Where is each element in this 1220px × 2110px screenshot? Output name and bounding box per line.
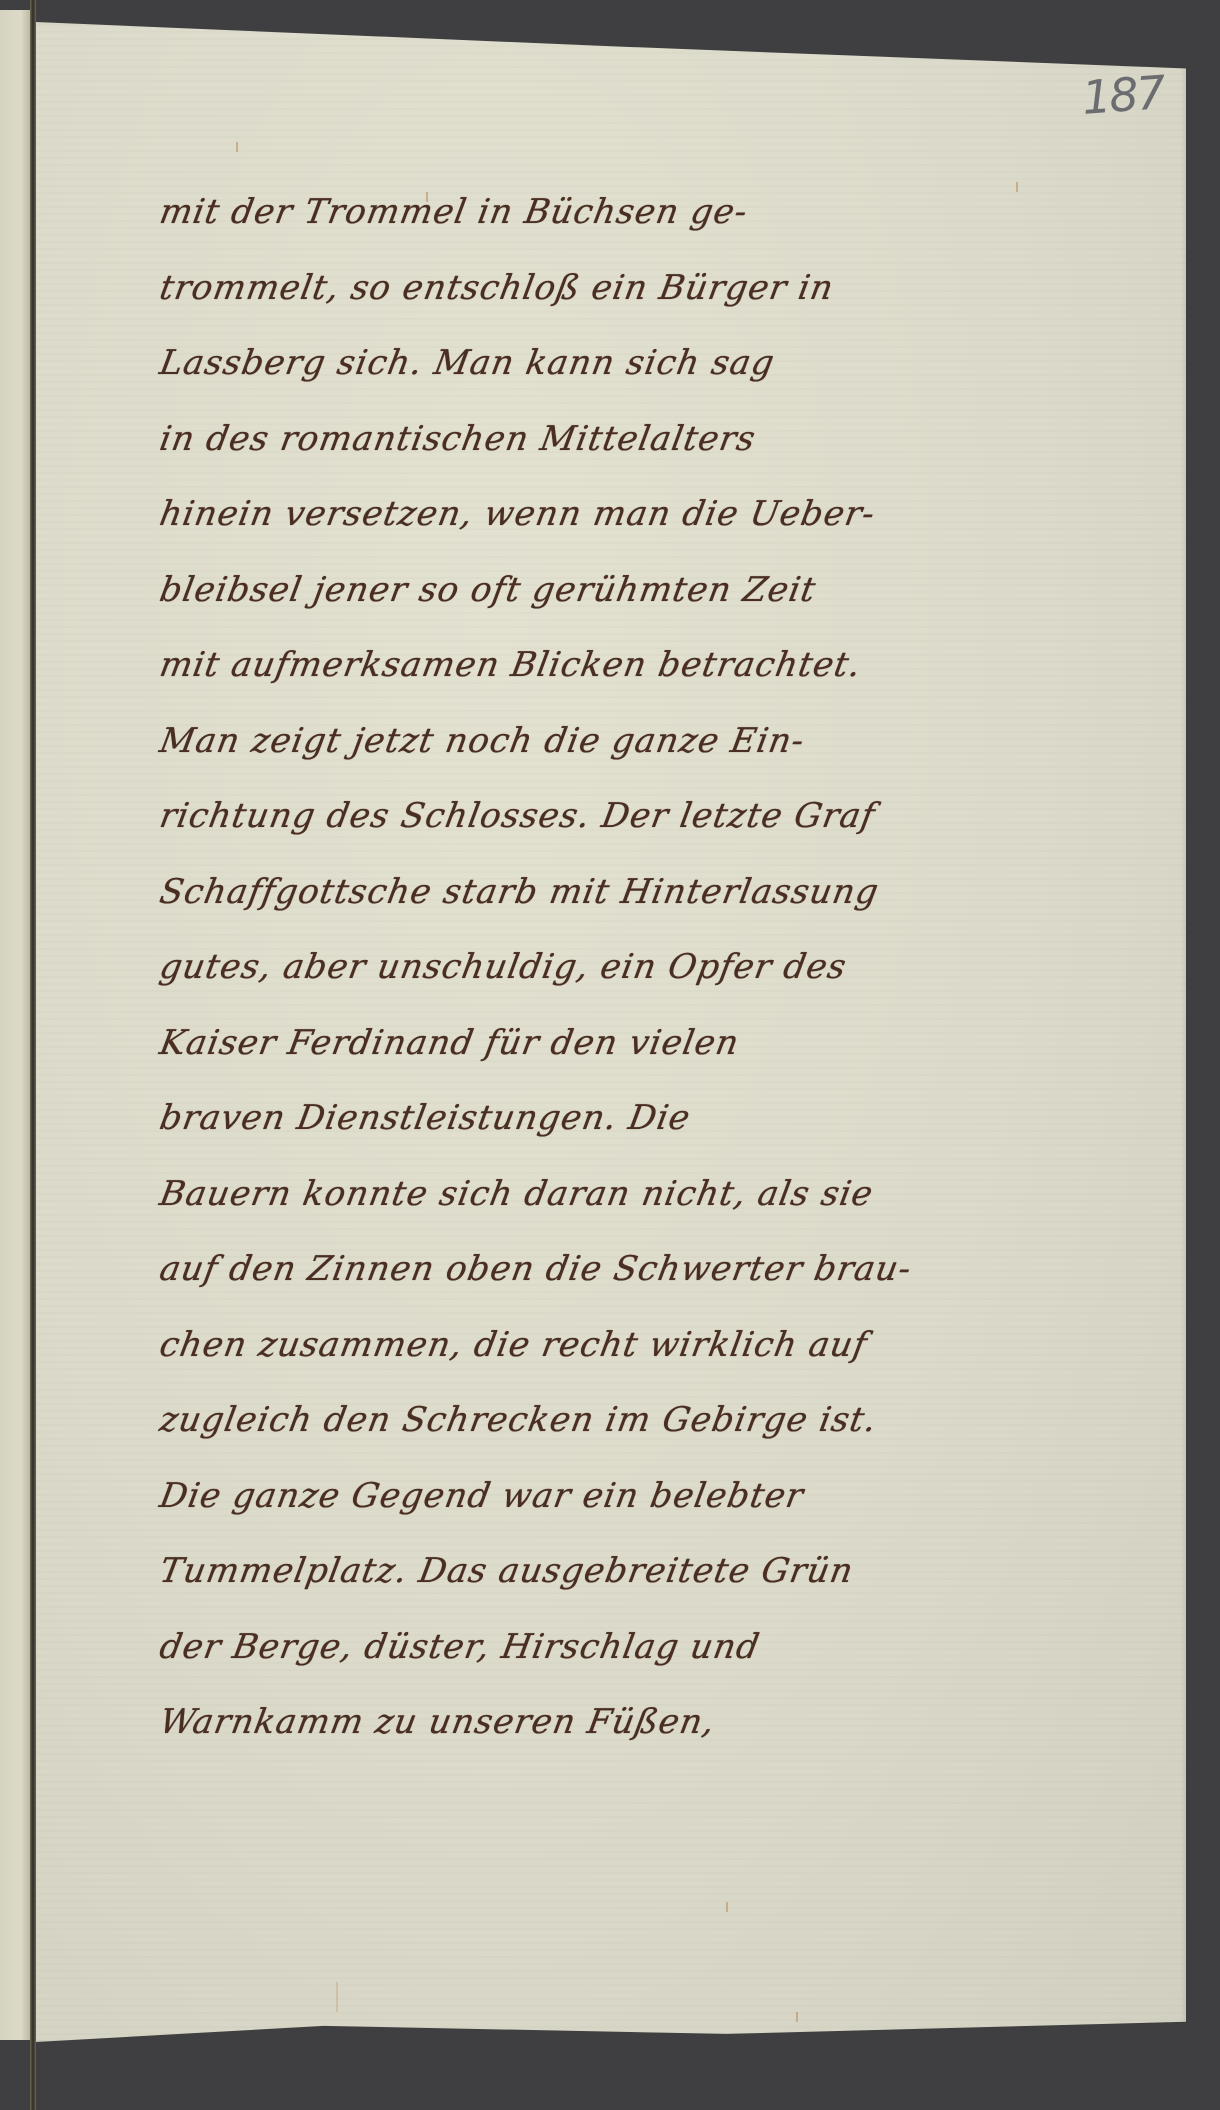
text-line: bleibsel jener so oft gerühmten Zeit <box>153 553 1106 629</box>
text-line: gutes, aber unschuldig, ein Opfer des <box>153 930 1106 1006</box>
text-line: der Berge, düster, Hirschlag und <box>153 1610 1106 1686</box>
text-line: Bauern konnte sich daran nicht, als sie <box>153 1157 1106 1233</box>
text-line: richtung des Schlosses. Der letzte Graf <box>153 779 1106 855</box>
text-line: Die ganze Gegend war ein belebter <box>153 1459 1106 1535</box>
text-line: trommelt, so entschloß ein Bürger in <box>153 251 1106 327</box>
text-line: Kaiser Ferdinand für den vielen <box>153 1006 1106 1082</box>
text-line: hinein versetzen, wenn man die Ueber- <box>153 477 1106 553</box>
text-line: Man zeigt jetzt noch die ganze Ein- <box>153 704 1106 780</box>
text-line: mit aufmerksamen Blicken betrachtet. <box>153 628 1106 704</box>
text-line: mit der Trommel in Büchsen ge- <box>153 175 1106 251</box>
text-line: zugleich den Schrecken im Gebirge ist. <box>153 1383 1106 1459</box>
folio-number: 187 <box>1080 65 1165 125</box>
text-line: braven Dienstleistungen. Die <box>153 1081 1106 1157</box>
text-line: in des romantischen Mittelalters <box>153 402 1106 478</box>
text-line: Schaffgottsche starb mit Hinterlassung <box>153 855 1106 931</box>
text-line: Lassberg sich. Man kann sich sag <box>153 326 1106 402</box>
handwritten-text: mit der Trommel in Büchsen ge- trommelt,… <box>160 175 1100 1761</box>
text-line: chen zusammen, die recht wirklich auf <box>153 1308 1106 1384</box>
facing-page-edge <box>0 10 30 2040</box>
text-line: auf den Zinnen oben die Schwerter brau- <box>153 1232 1106 1308</box>
text-line: Warnkamm zu unseren Füßen, <box>153 1685 1106 1761</box>
book-gutter <box>30 0 36 2110</box>
text-line: Tummelplatz. Das ausgebreitete Grün <box>153 1534 1106 1610</box>
